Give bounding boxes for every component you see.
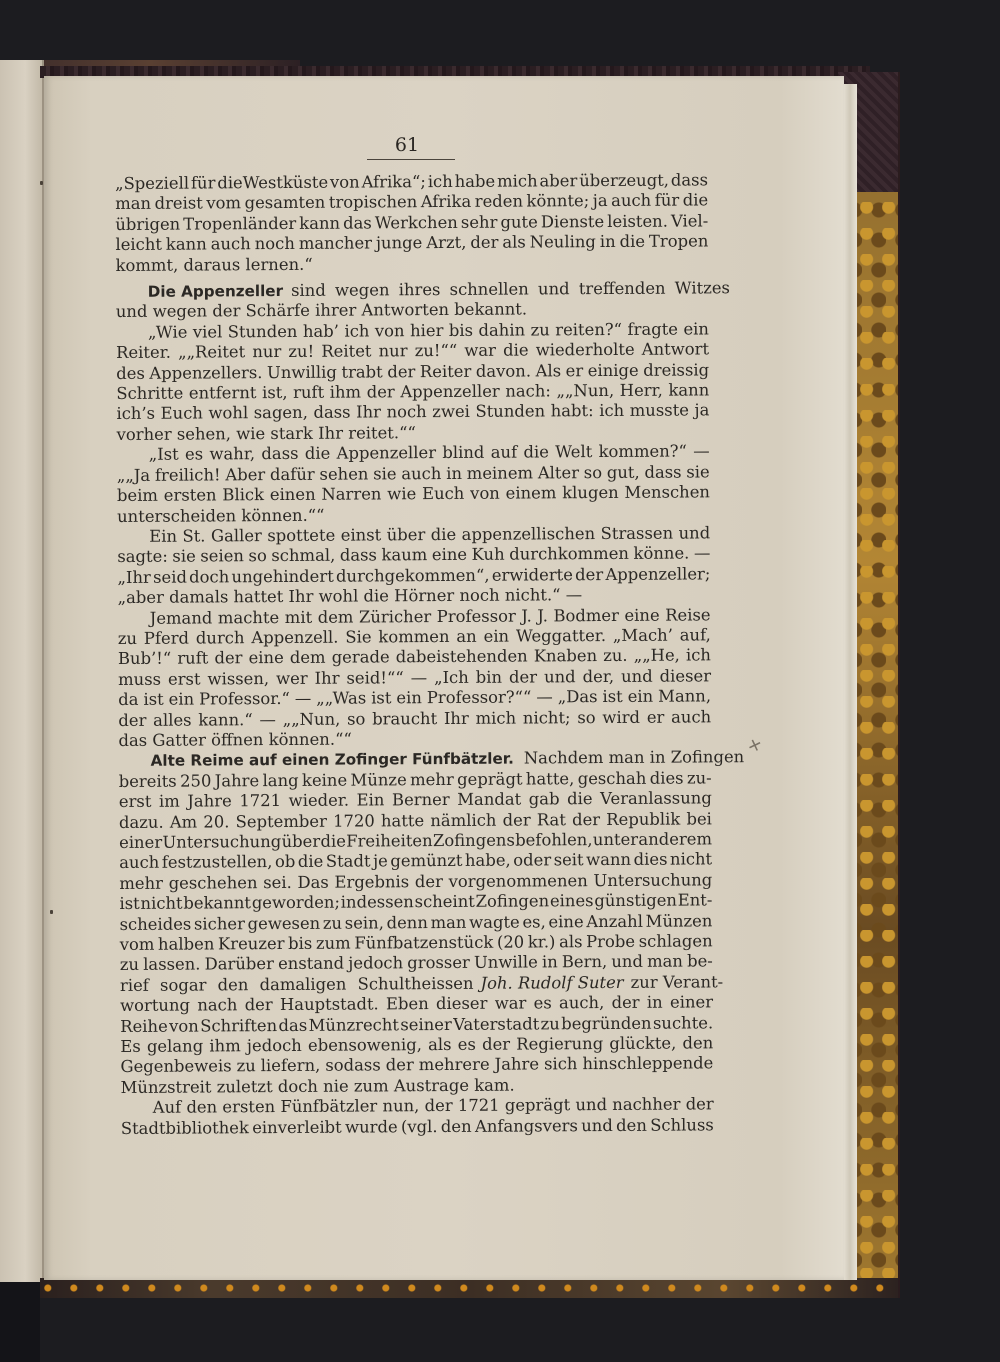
text-run: zur Verant-: [631, 972, 724, 993]
spine-shadow: [0, 1282, 40, 1362]
text-line: Die Appenzeller sind wegen ihres schnell…: [116, 278, 709, 302]
margin-dot: [50, 910, 53, 914]
text-line: Gegenbeweiszuliefern,sodassdermehrereJah…: [120, 1054, 713, 1078]
text-run: sind wegen ihres schnellen und treffende…: [291, 278, 730, 301]
text-line: deralleskann.“—„„Nun,sobrauchtIhrmichnic…: [118, 707, 711, 731]
left-facing-page-edge: [0, 60, 44, 1282]
text-line: „Ihrseiddochungehindertdurchgekommen“,er…: [117, 564, 710, 588]
paragraph: AufdenerstenFünfbätzlernun,der1721gepräg…: [121, 1095, 714, 1139]
text-run: Nachdem man in Zofingen: [524, 748, 745, 770]
text-line: kommt, daraus lernen.“: [115, 252, 708, 276]
page-fore-edge: [842, 84, 857, 1280]
paragraph: EinSt.Gallerspotteteeinstüberdieappenzel…: [117, 523, 710, 608]
paragraph: „SpeziellfürdieWestküstevonAfrika“;ichha…: [115, 170, 709, 276]
body-text: „SpeziellfürdieWestküstevonAfrika“;ichha…: [115, 170, 714, 1139]
paragraph: „WievielStundenhab’ichvonhierbisdahinzur…: [116, 319, 710, 445]
text-line: „„Jafreilich!Aberdafürsehensieauchinmein…: [117, 462, 710, 486]
section-heading: Alte Reime auf einen Zofinger Fünfbätzle…: [151, 749, 514, 772]
page-number-rule: [367, 159, 455, 160]
marbled-cover-bottom: [40, 1278, 898, 1298]
page-number: 61: [360, 134, 454, 156]
text-line: ich’sEuchwohlsagen,dassIhrnochzweiStunde…: [116, 401, 709, 425]
margin-dot: [40, 181, 43, 185]
text-line: Stadtbibliothekeinverleibtwurde(vgl.denA…: [121, 1115, 714, 1139]
paragraph: Die Appenzeller sind wegen ihres schnell…: [116, 278, 709, 322]
text-line: zulassen.DarüberenstandjedochgrosserUnwi…: [120, 952, 713, 976]
section-heading: Die Appenzeller: [148, 281, 283, 302]
paragraph: Alte Reime auf einen Zofinger Fünfbätzle…: [119, 748, 714, 1099]
paragraph: „Isteswahr,dassdieAppenzellerblindaufdie…: [117, 442, 710, 527]
person-name: Joh. Rudolf Suter: [480, 973, 623, 994]
paragraph: JemandmachtemitdemZüricherProfessorJ.J.B…: [118, 605, 712, 751]
text-run: rief sogar den damaligen Schultheissen: [120, 974, 474, 997]
text-line: leichtkannauchnochmancherjungeArzt,deral…: [115, 232, 708, 256]
